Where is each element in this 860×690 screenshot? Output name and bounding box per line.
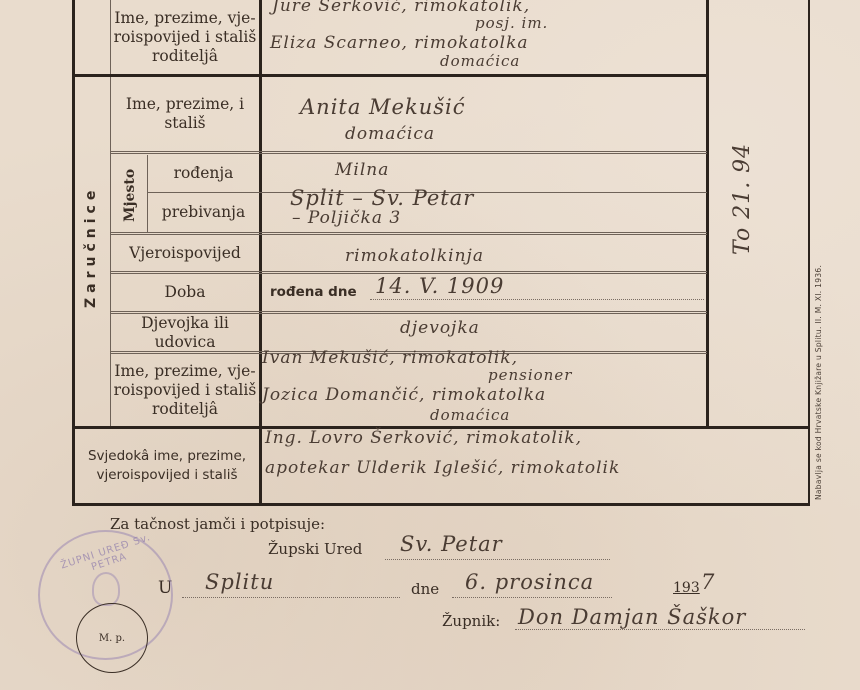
bride-occupation-entry: domaćica	[345, 124, 435, 144]
priest-signature: Don Damjan Šaškor	[518, 605, 746, 629]
office-dotline	[385, 559, 610, 560]
residence-label: prebivanja	[148, 193, 259, 232]
religion-entry: rimokatolkinja	[345, 246, 484, 266]
rule-table-bottom	[72, 503, 810, 506]
birthplace-label: rođenja	[148, 154, 259, 192]
age-label: Doba	[111, 274, 259, 311]
bride-section-label: Zaručnice	[83, 186, 99, 308]
stamp-emblem-icon	[92, 572, 120, 606]
residence-street-entry: – Poljička 3	[292, 208, 401, 228]
witness-1-entry: Ing. Lovro Šerković, rimokatolik,	[265, 428, 582, 448]
date-dotline	[452, 597, 612, 598]
birthdate-dotline	[370, 299, 704, 300]
groom-mother-occupation: domaćica	[440, 52, 520, 70]
groom-mother-entry: Eliza Scarneo, rimokatolka	[270, 33, 529, 53]
witnesses-label: Svjedokâ ime, prezime, vjeroispovijed i …	[75, 429, 259, 503]
date-value: 6. prosinca	[465, 570, 594, 594]
margin-note: To 21. 94	[730, 143, 755, 255]
col-data-right-border	[706, 0, 709, 428]
bride-mother-entry: Jozica Domančić, rimokatolka	[262, 385, 546, 405]
guarantee-text: Za tačnost jamči i potpisuje:	[110, 515, 325, 533]
seal-circle: M. p.	[76, 603, 148, 673]
priest-dotline	[515, 629, 805, 630]
col-outer-right-border	[808, 0, 810, 505]
witness-2-entry: apotekar Ulderik Iglešić, rimokatolik	[265, 458, 620, 478]
bride-father-occupation: pensioner	[488, 366, 572, 384]
place-dotline	[182, 597, 400, 598]
year-suffix: 7	[701, 570, 715, 594]
bride-parents-label: Ime, prezime, vje- roispovijed i stališ …	[111, 354, 259, 426]
birthdate-prefix: rođena dne	[270, 284, 357, 300]
groom-parents-label: Ime, prezime, vje- roispovijed i stališ …	[111, 0, 259, 74]
bride-name-label: Ime, prezime, i stališ	[111, 77, 259, 151]
maiden-widow-label: Djevojka ili udovica	[111, 314, 259, 351]
place-value: Splitu	[205, 570, 274, 594]
birthplace-entry: Milna	[335, 160, 389, 180]
year-prefix: 193	[673, 580, 700, 596]
bride-mother-occupation: domaćica	[430, 406, 510, 424]
printer-note: Nabavlja se kod Hrvatske Knjižare u Spli…	[814, 265, 823, 500]
residence-entry: Split – Sv. Petar	[290, 186, 474, 210]
birthdate-entry: 14. V. 1909	[375, 274, 504, 298]
seal-label: M. p.	[99, 633, 125, 644]
groom-father-occupation: posj. im.	[475, 14, 548, 32]
date-prefix: dne	[411, 580, 439, 598]
religion-label: Vjeroispovijed	[111, 235, 259, 271]
bride-name-entry: Anita Mekušić	[300, 95, 465, 119]
priest-label: Župnik:	[442, 612, 500, 630]
office-label: Župski Ured	[268, 540, 362, 558]
maiden-widow-entry: djevojka	[400, 318, 480, 338]
mjesto-group-label: Mjesto	[122, 169, 138, 222]
bride-father-entry: Ivan Mekušić, rimokatolik,	[262, 348, 518, 368]
office-value: Sv. Petar	[400, 532, 503, 556]
